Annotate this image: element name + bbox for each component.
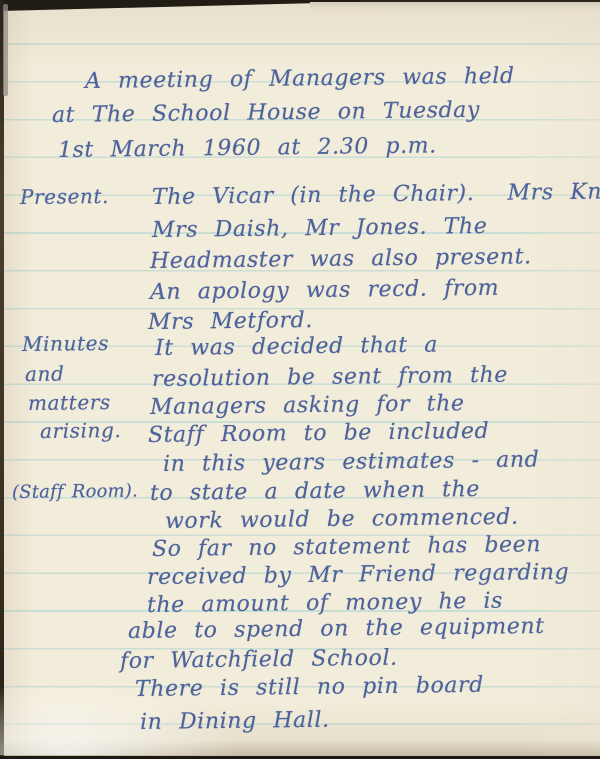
scan-edge-left-sliver [3,4,8,96]
minutes-line-6: to state a date when the [150,478,480,506]
margin-label-minutes-2: and [25,363,65,385]
minutes-line-4: Staff Room to be included [148,420,490,448]
margin-label-present: Present. [20,185,109,208]
minutes-line-2: resolution be sent from the [152,364,508,393]
margin-label-minutes-4: arising. [40,419,122,442]
minutes-line-8: So far no statement has been [152,533,541,562]
heading-line-3: 1st March 1960 at 2.30 p.m. [58,134,437,163]
minutes-line-3: Managers asking for the [150,392,465,420]
minutes-line-13: There is still no pin board [135,674,484,702]
margin-label-minutes-1: Minutes [22,332,109,355]
minutes-line-12: for Watchfield School. [120,647,398,675]
scanned-notebook-page: A meeting of Managers was held at The Sc… [0,0,600,759]
present-line-5: Mrs Metford. [148,309,313,335]
scan-edge-left [0,0,4,759]
minutes-line-7: work would be commenced. [165,506,519,535]
present-line-4: An apology was recd. from [150,277,499,305]
minutes-line-10: the amount of money he is [147,590,503,619]
minutes-line-5: in this years estimates - and [163,448,540,477]
scan-edge-top-right [310,2,600,13]
present-line-2: Mrs Daish, Mr Jones. The [152,215,488,243]
margin-label-staff-room: (Staff Room). [12,481,138,502]
margin-label-minutes-3: matters [28,391,111,414]
minutes-line-11: able to spend on the equipment [128,615,545,644]
minutes-line-9: received by Mr Friend regarding [147,561,570,590]
minutes-line-1: It was decided that a [155,334,438,362]
present-line-3: Headmaster was also present. [150,245,532,274]
minutes-line-14: in Dining Hall. [140,709,330,736]
